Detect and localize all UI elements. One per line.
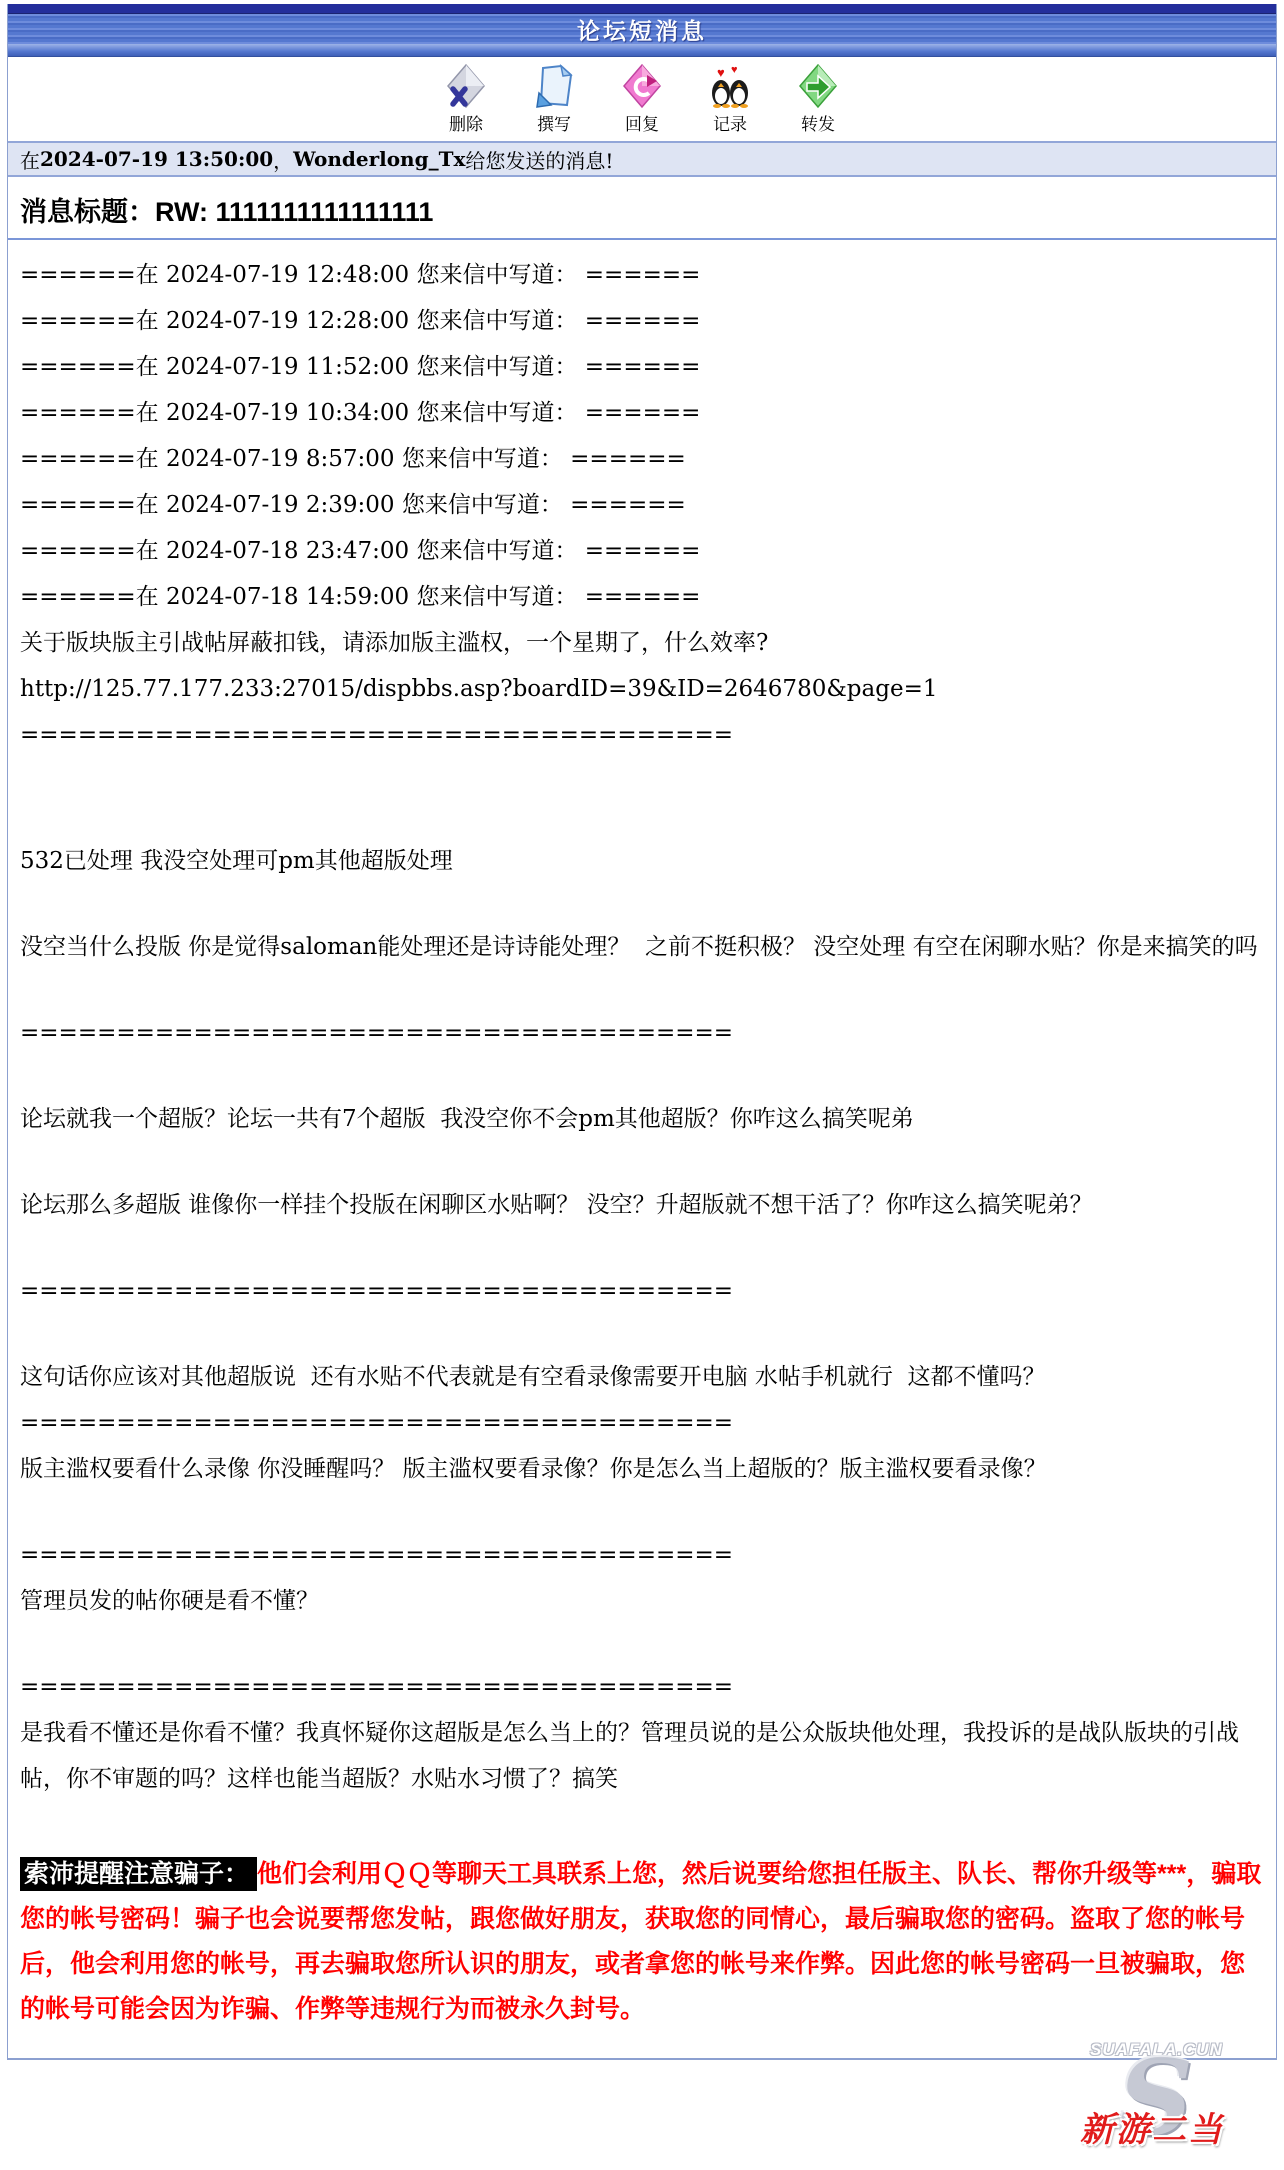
toolbar: 删除 撰写 [8, 57, 1276, 141]
toolbar-item-label: 记录 [713, 110, 747, 135]
message-line: ======在 2024-07-19 2:39:00 您来信中写道： =====… [20, 482, 1262, 528]
toolbar-item-label: 删除 [449, 110, 483, 135]
message-line [20, 884, 1262, 924]
message-line [20, 1492, 1262, 1532]
forward-button[interactable]: 转发 [787, 63, 849, 135]
svg-text:♥: ♥ [717, 65, 725, 80]
message-line: 管理员发的帖你硬是看不懂？ [20, 1578, 1262, 1624]
reply-button[interactable]: 回复 [611, 63, 673, 135]
toolbar-item-label: 转发 [801, 110, 835, 135]
reply-icon [619, 63, 665, 109]
message-line: ======在 2024-07-19 10:34:00 您来信中写道： ====… [20, 390, 1262, 436]
message-line [20, 1802, 1262, 1842]
info-suffix: 给您发送的消息! [465, 145, 613, 174]
delete-button[interactable]: 删除 [435, 63, 497, 135]
record-icon: ♥ ♥ [707, 63, 753, 109]
message-line: ======在 2024-07-19 12:48:00 您来信中写道： ====… [20, 252, 1262, 298]
message-line: 版主滥权要看什么录像 你没睡醒吗？ 版主滥权要看录像？你是怎么当上超版的？版主滥… [20, 1446, 1262, 1492]
header: 论坛短消息 [8, 14, 1276, 44]
delete-icon [443, 63, 489, 109]
message-title: RW: 1111111111111111 [155, 197, 433, 227]
message-line [20, 970, 1262, 1010]
message-line [20, 1314, 1262, 1354]
message-line: ===================================== [20, 1532, 1262, 1578]
message-line: ===================================== [20, 1010, 1262, 1056]
message-line: ======在 2024-07-18 14:59:00 您来信中写道： ====… [20, 574, 1262, 620]
message-line: 论坛那么多超版 谁像你一样挂个投版在闲聊区水贴啊？ 没空？升超版就不想干活了？你… [20, 1182, 1262, 1228]
svg-text:♥: ♥ [731, 64, 738, 76]
compose-icon [531, 63, 577, 109]
message-line: 这句话你应该对其他超版说 还有水贴不代表就是有空看录像需要开电脑 水帖手机就行 … [20, 1354, 1262, 1400]
message-line: ===================================== [20, 1400, 1262, 1446]
message-line: ======在 2024-07-19 12:28:00 您来信中写道： ====… [20, 298, 1262, 344]
message-line [20, 1056, 1262, 1096]
toolbar-item-label: 撰写 [537, 110, 571, 135]
scam-warning-label: 索沛提醒注意骗子： [20, 1857, 257, 1891]
message-title-row: 消息标题：RW: 1111111111111111 [8, 177, 1276, 238]
message-line: http://125.77.177.233:27015/dispbbs.asp?… [20, 666, 1262, 712]
message-window: 论坛短消息 删除 [7, 4, 1277, 2060]
message-line: ===================================== [20, 1664, 1262, 1710]
scam-warning: 索沛提醒注意骗子：他们会利用ＱＱ等聊天工具联系上您，然后说要给您担任版主、队长、… [8, 1842, 1276, 2058]
message-line: 是我看不懂还是你看不懂？我真怀疑你这超版是怎么当上的？管理员说的是公众版块他处理… [20, 1710, 1262, 1802]
message-line: 关于版块版主引战帖屏蔽扣钱，请添加版主滥权，一个星期了，什么效率? [20, 620, 1262, 666]
message-line: 没空当什么投版 你是觉得saloman能处理还是诗诗能处理？ 之前不挺积极？ 没… [20, 924, 1262, 970]
message-line [20, 1142, 1262, 1182]
message-timestamp: 2024-07-19 13:50:00 [40, 147, 273, 171]
watermark-text: 新游二当 [1080, 2102, 1224, 2151]
message-line [20, 798, 1262, 838]
message-title-label: 消息标题： [20, 197, 155, 227]
message-line: ===================================== [20, 1268, 1262, 1314]
info-separator: ， [273, 145, 293, 174]
toolbar-item-label: 回复 [625, 110, 659, 135]
message-line [20, 1228, 1262, 1268]
message-line [20, 758, 1262, 798]
watermark-s-logo: S [1118, 2046, 1193, 2150]
sender-username: Wonderlong_Tx [293, 147, 465, 171]
forward-icon [795, 63, 841, 109]
page: 论坛短消息 删除 [0, 0, 1284, 2060]
record-button[interactable]: ♥ ♥ 记录 [699, 63, 761, 135]
message-line: ======在 2024-07-19 8:57:00 您来信中写道： =====… [20, 436, 1262, 482]
message-info-bar: 在2024-07-19 13:50:00，Wonderlong_Tx给您发送的消… [8, 141, 1276, 177]
message-line: 论坛就我一个超版？论坛一共有7个超版 我没空你不会pm其他超版？你咋这么搞笑呢弟 [20, 1096, 1262, 1142]
header-sub-bar [8, 44, 1276, 57]
message-line: 532已处理 我没空处理可pm其他超版处理 [20, 838, 1262, 884]
message-line: ======在 2024-07-19 11:52:00 您来信中写道： ====… [20, 344, 1262, 390]
compose-button[interactable]: 撰写 [523, 63, 585, 135]
message-line: ===================================== [20, 712, 1262, 758]
page-title: 论坛短消息 [577, 13, 707, 46]
info-prefix: 在 [20, 145, 40, 174]
message-body: ======在 2024-07-19 12:48:00 您来信中写道： ====… [8, 240, 1276, 1842]
message-line: ======在 2024-07-18 23:47:00 您来信中写道： ====… [20, 528, 1262, 574]
message-line [20, 1624, 1262, 1664]
